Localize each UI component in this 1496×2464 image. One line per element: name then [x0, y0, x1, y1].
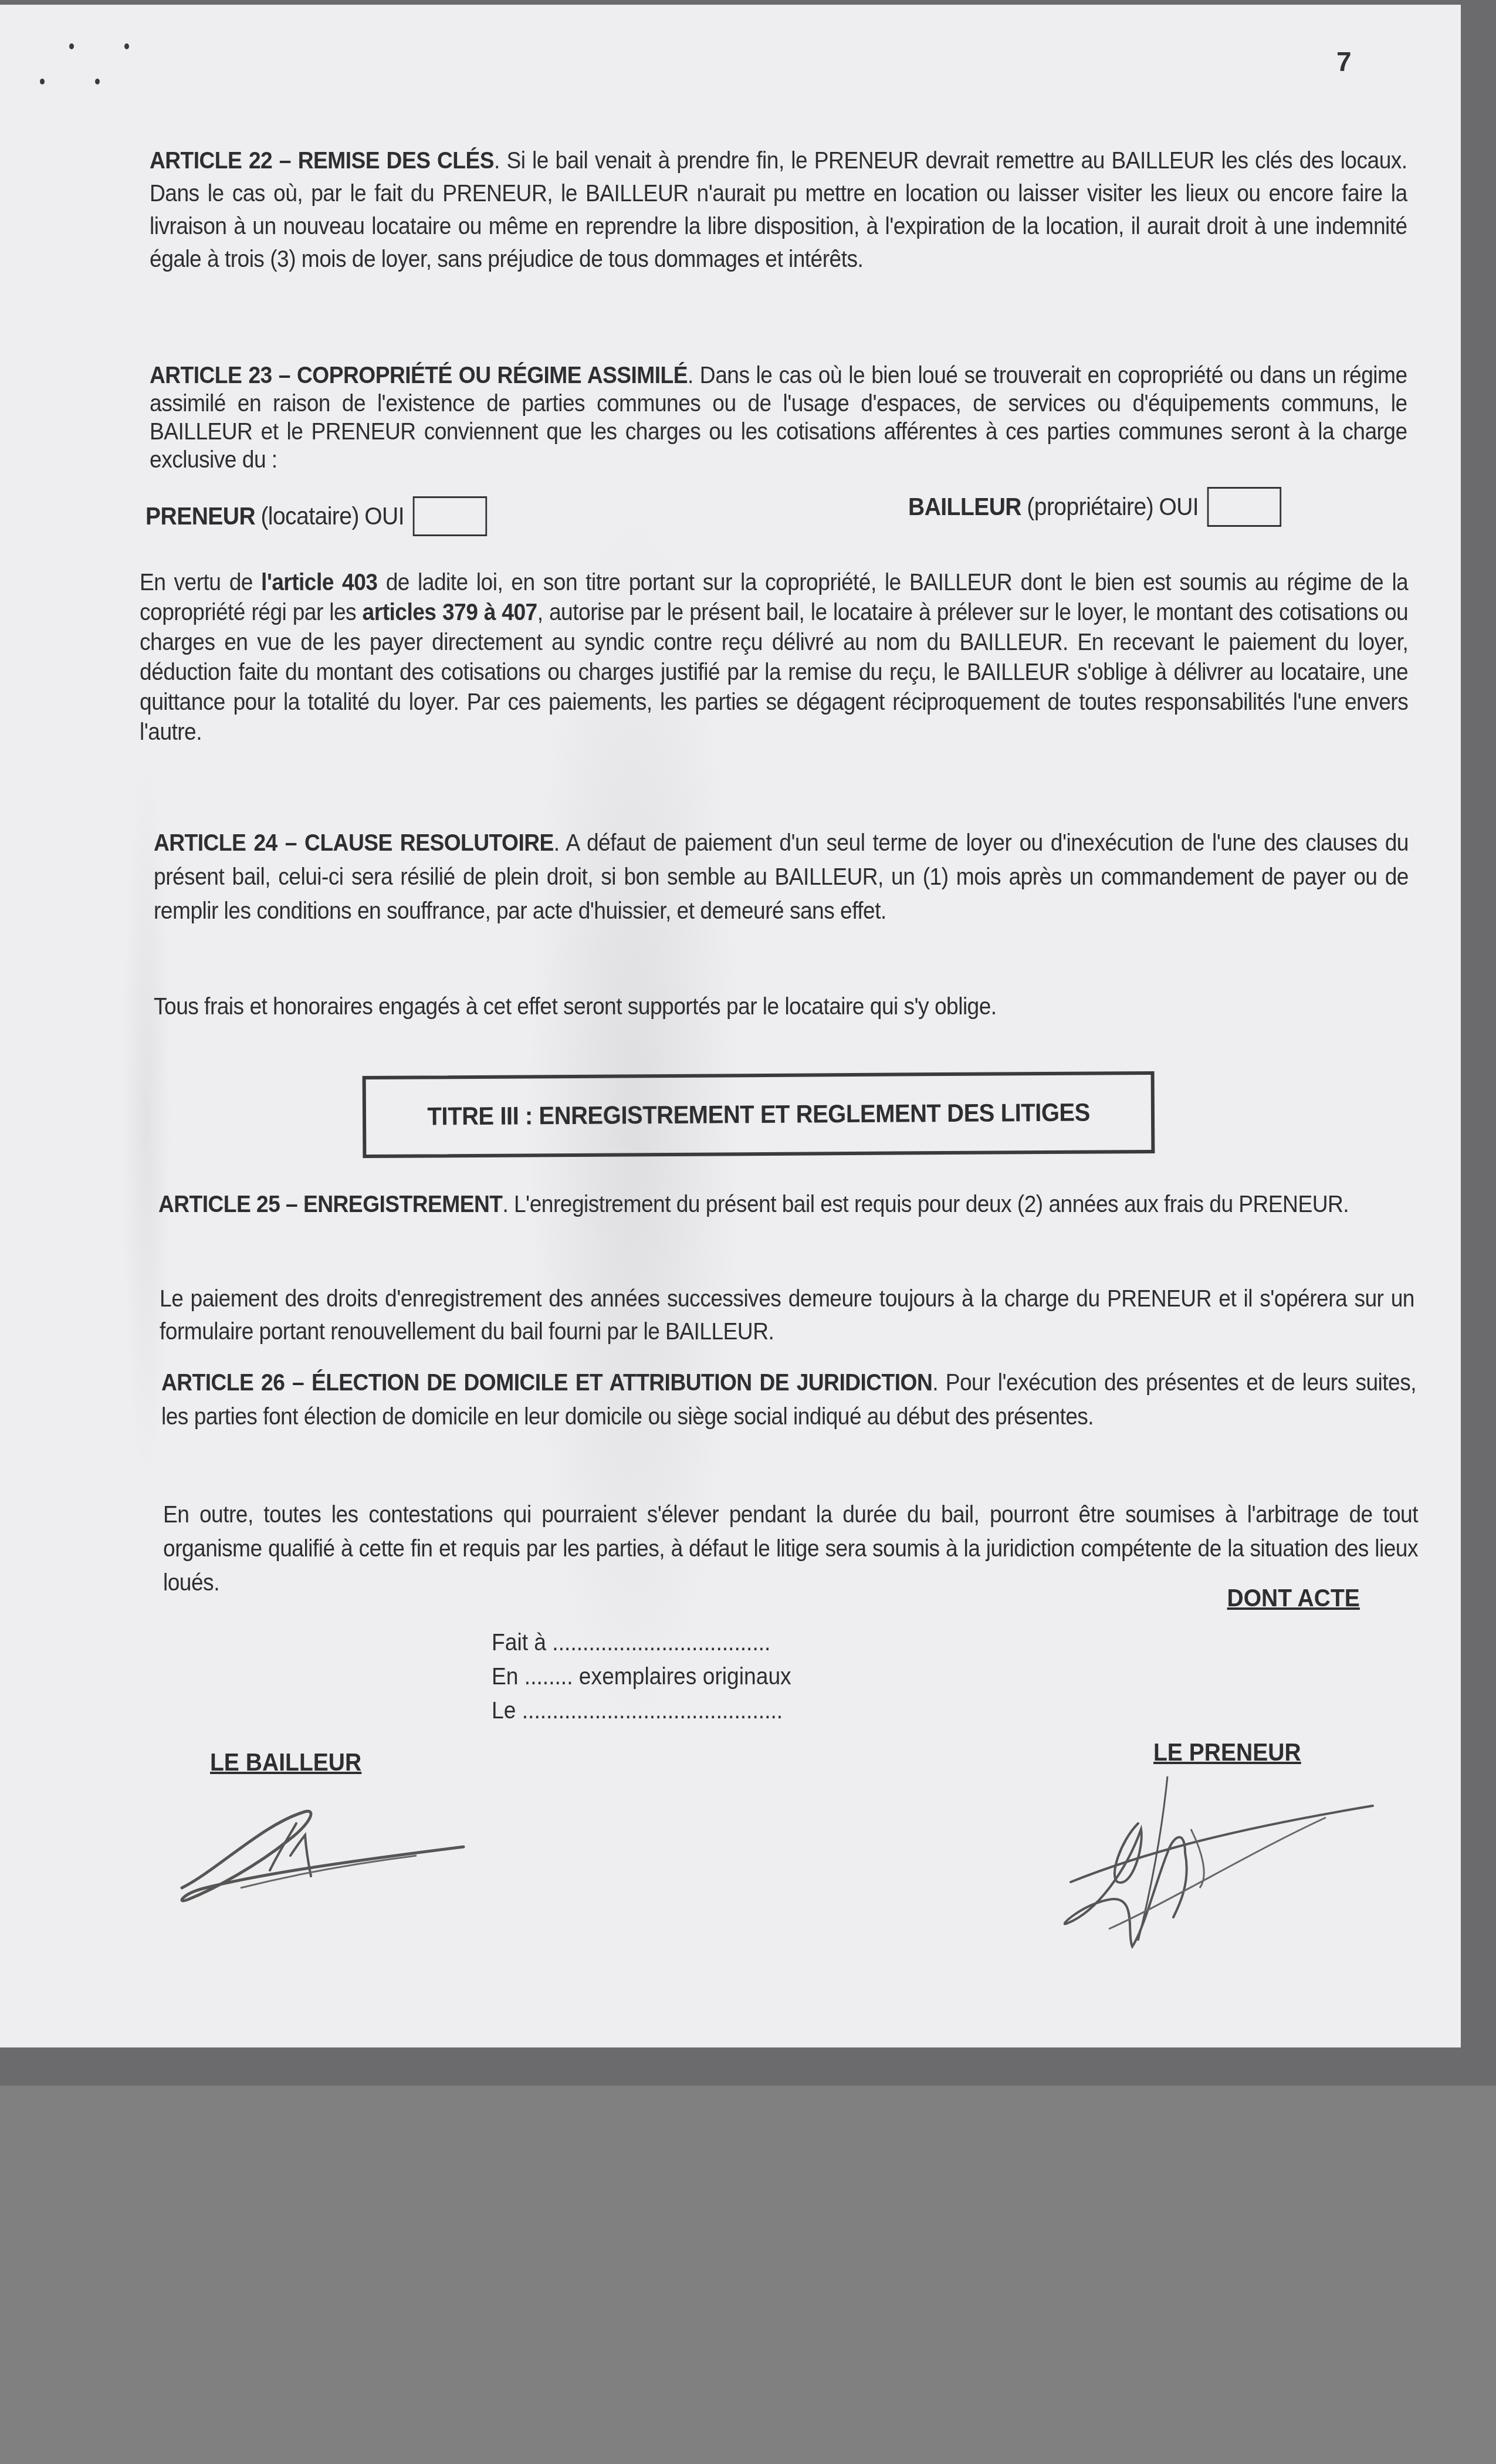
- section-title-box: TITRE III : ENREGISTREMENT ET REGLEMENT …: [363, 1071, 1155, 1158]
- law-reference: l'article 403: [261, 570, 377, 595]
- party-role: (locataire): [260, 502, 359, 530]
- party-label: BAILLEUR: [908, 493, 1021, 521]
- text: En vertu de: [140, 570, 261, 595]
- article-23-heading: ARTICLE 23 – COPROPRIÉTÉ OU RÉGIME ASSIM…: [150, 363, 688, 388]
- article-22: ARTICLE 22 – REMISE DES CLÉS. Si le bail…: [150, 144, 1407, 276]
- punch-hole-mark: [95, 79, 100, 84]
- dont-acte-label: DONT ACTE: [1227, 1584, 1360, 1612]
- article-24: ARTICLE 24 – CLAUSE RESOLUTOIRE. A défau…: [154, 826, 1409, 928]
- article-25-body: . L'enregistrement du présent bail est r…: [502, 1192, 1349, 1217]
- copies-field[interactable]: En ........ exemplaires originaux: [492, 1664, 791, 1690]
- page-number: 7: [1336, 46, 1352, 77]
- article-23-copropriete-paragraph: En vertu de l'article 403 de ladite loi,…: [140, 568, 1408, 747]
- fait-a-field[interactable]: Fait à .................................…: [492, 1630, 770, 1656]
- article-26-heading: ARTICLE 26 – ÉLECTION DE DOMICILE ET ATT…: [161, 1370, 932, 1396]
- bailleur-signature-label: LE BAILLEUR: [210, 1748, 361, 1776]
- party-role: (propriétaire): [1027, 493, 1153, 521]
- article-25-heading: ARTICLE 25 – ENREGISTREMENT: [158, 1192, 502, 1217]
- article-23: ARTICLE 23 – COPROPRIÉTÉ OU RÉGIME ASSIM…: [150, 361, 1407, 474]
- bailleur-signature: [170, 1800, 487, 1917]
- law-reference: articles 379 à 407: [363, 600, 537, 625]
- article-25: ARTICLE 25 – ENREGISTREMENT. L'enregistr…: [158, 1187, 1413, 1222]
- document-page: 7 ARTICLE 22 – REMISE DES CLÉS. Si le ba…: [0, 5, 1461, 2047]
- section-title: TITRE III : ENREGISTREMENT ET REGLEMENT …: [427, 1098, 1090, 1131]
- option-label: OUI: [364, 502, 404, 530]
- punch-hole-mark: [69, 43, 74, 49]
- article-24-fees: Tous frais et honoraires engagés à cet e…: [154, 990, 1409, 1023]
- preneur-signature-label: LE PRENEUR: [1153, 1738, 1301, 1766]
- charge-choice-bailleur: BAILLEUR (propriétaire) OUI: [908, 487, 1282, 527]
- preneur-oui-checkbox[interactable]: [413, 496, 487, 536]
- article-22-heading: ARTICLE 22 – REMISE DES CLÉS: [150, 148, 494, 174]
- punch-hole-mark: [40, 79, 45, 84]
- party-label: PRENEUR: [145, 502, 255, 530]
- option-label: OUI: [1159, 493, 1199, 521]
- punch-hole-mark: [124, 43, 129, 49]
- date-field[interactable]: Le .....................................…: [492, 1698, 783, 1724]
- article-24-heading: ARTICLE 24 – CLAUSE RESOLUTOIRE: [154, 830, 554, 856]
- article-25-fees: Le paiement des droits d'enregistrement …: [160, 1282, 1414, 1348]
- charge-choice-preneur: PRENEUR (locataire) OUI: [145, 496, 487, 536]
- preneur-signature: [1056, 1765, 1385, 1952]
- article-26: ARTICLE 26 – ÉLECTION DE DOMICILE ET ATT…: [161, 1366, 1416, 1434]
- bailleur-oui-checkbox[interactable]: [1207, 487, 1281, 527]
